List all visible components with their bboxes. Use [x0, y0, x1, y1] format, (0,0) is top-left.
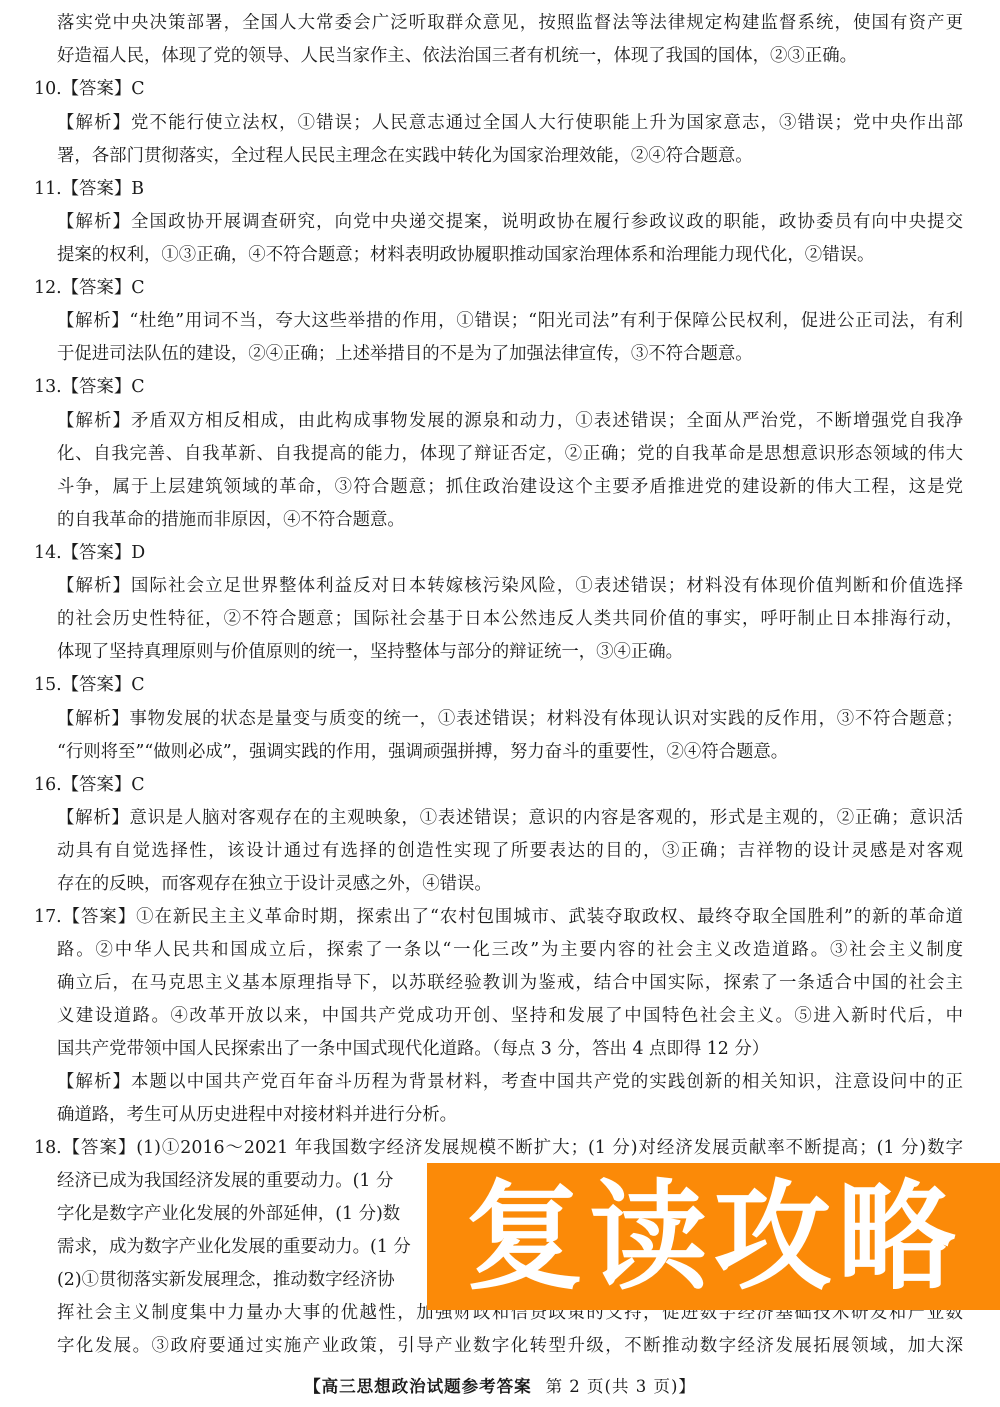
- text-line: 化、自我完善、自我革新、自我提高的能力，体现了辩证否定，②正确；党的自我革命是思…: [57, 439, 963, 469]
- text-line: 于促进司法队伍的建设，②④正确；上述举措目的不是为了加强法律宣传，③不符合题意。: [57, 339, 963, 369]
- question-15-analysis: 【解析】事物发展的状态是量变与质变的统一，①表述错误；材料没有体现认识对实践的反…: [57, 704, 963, 734]
- question-12-analysis: 【解析】“杜绝”用词不当，夸大这些举措的作用，①错误；“阳光司法”有利于保障公民…: [57, 306, 963, 336]
- page-number: 第 2 页(共 3 页)】: [546, 1377, 696, 1396]
- text-line: 确道路，考生可从历史进程中对接材料并进行分析。: [57, 1100, 963, 1130]
- question-18-answer: 18.【答案】(1)①2016～2021 年我国数字经济发展规模不断扩大；(1 …: [34, 1133, 963, 1163]
- text-line: 体现了坚持真理原则与价值原则的统一，坚持整体与部分的辩证统一，③④正确。: [57, 637, 963, 667]
- question-11-analysis: 【解析】全国政协开展调查研究，向党中央递交提案，说明政协在履行参政议政的职能，政…: [57, 207, 963, 237]
- watermark-text: 复读攻略: [465, 1178, 961, 1296]
- text-line: 存在的反映，而客观存在独立于设计灵感之外，④错误。: [57, 869, 963, 899]
- text-line: 确立后，在马克思主义基本原理指导下，以苏联经验教训为鉴戒，结合中国实际，探索了一…: [57, 968, 963, 998]
- question-15-answer: 15.【答案】C: [34, 670, 963, 700]
- footer-title: 【高三思想政治试题参考答案: [304, 1377, 532, 1396]
- question-16-answer: 16.【答案】C: [34, 770, 963, 800]
- question-11-answer: 11.【答案】B: [34, 174, 963, 204]
- text-line: 好造福人民，体现了党的领导、人民当家作主、依法治国三者有机统一，体现了我国的国体…: [57, 41, 963, 71]
- question-17-answer: 17.【答案】①在新民主主义革命时期，探索出了“农村包围城市、武装夺取政权、最终…: [34, 902, 963, 932]
- text-line: 义建设道路。④改革开放以来，中国共产党成功开创、坚持和发展了中国特色社会主义。⑤…: [57, 1001, 963, 1031]
- page-footer: 【高三思想政治试题参考答案第 2 页(共 3 页)】: [0, 1374, 1000, 1400]
- text-line: 的自我革命的措施而非原因，④不符合题意。: [57, 505, 963, 535]
- text-line: 落实党中央决策部署，全国人大常委会广泛听取群众意见，按照监督法等法律规定构建监督…: [57, 8, 963, 38]
- question-17-analysis: 【解析】本题以中国共产党百年奋斗历程为背景材料，考查中国共产党的实践创新的相关知…: [57, 1067, 963, 1097]
- text-line: 的社会历史性特征，②不符合题意；国际社会基于日本公然违反人类共同价值的事实，呼吁…: [57, 604, 963, 634]
- text-line: 路。②中华人民共和国成立后，探索了一条以“一化三改”为主要内容的社会主义改造道路…: [57, 935, 963, 965]
- question-10-answer: 10.【答案】C: [34, 74, 963, 104]
- watermark-banner: 复读攻略: [427, 1163, 1000, 1310]
- text-line: “行则将至”“做则必成”，强调实践的作用，强调顽强拼搏，努力奋斗的重要性，②④符…: [57, 737, 963, 767]
- text-line: 斗争，属于上层建筑领域的革命，③符合题意；抓住政治建设这个主要矛盾推进党的建设新…: [57, 472, 963, 502]
- question-14-answer: 14.【答案】D: [34, 538, 963, 568]
- question-10-analysis: 【解析】党不能行使立法权，①错误；人民意志通过全国人大行使职能上升为国家意志，③…: [57, 108, 963, 138]
- question-12-answer: 12.【答案】C: [34, 273, 963, 303]
- question-16-analysis: 【解析】意识是人脑对客观存在的主观映象，①表述错误；意识的内容是客观的，形式是主…: [57, 803, 963, 833]
- text-line: 动具有自觉选择性，该设计通过有选择的创造性实现了所要表达的目的，③正确；吉祥物的…: [57, 836, 963, 866]
- question-14-analysis: 【解析】国际社会立足世界整体利益反对日本转嫁核污染风险，①表述错误；材料没有体现…: [57, 571, 963, 601]
- question-13-analysis: 【解析】矛盾双方相反相成，由此构成事物发展的源泉和动力，①表述错误；全面从严治党…: [57, 406, 963, 436]
- text-line: 国共产党带领中国人民探索出了一条中国式现代化道路。（每点 3 分，答出 4 点即…: [57, 1034, 963, 1064]
- question-13-answer: 13.【答案】C: [34, 372, 963, 402]
- text-line: 署，各部门贯彻落实，全过程人民民主理念在实践中转化为国家治理效能，②④符合题意。: [57, 141, 963, 171]
- text-line: 字化发展。③政府要通过实施产业政策，引导产业数字化转型升级，不断推动数字经济发展…: [57, 1331, 963, 1361]
- text-line: 提案的权利，①③正确，④不符合题意；材料表明政协履职推动国家治理体系和治理能力现…: [57, 240, 963, 270]
